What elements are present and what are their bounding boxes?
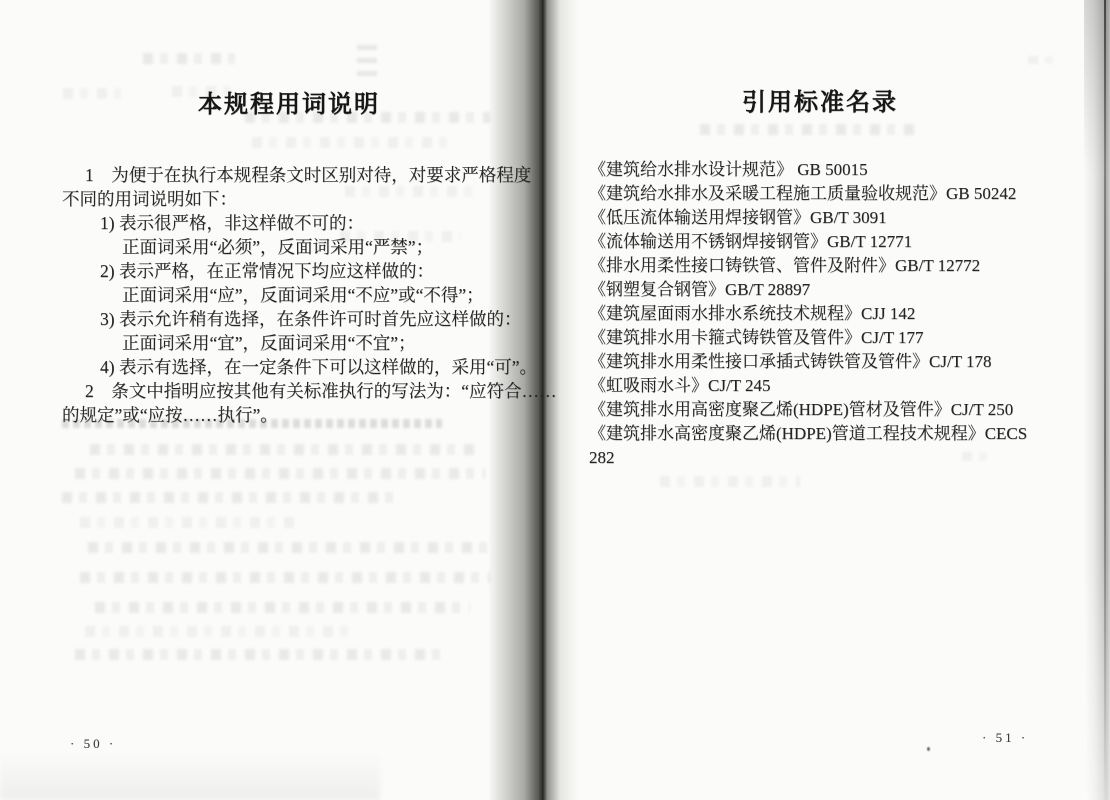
standard-entry: 《建筑排水用卡箍式铸铁管及管件》CJ/T 177 bbox=[589, 326, 1069, 350]
bleedthrough-mark bbox=[80, 572, 490, 583]
standard-entry: 《建筑给水排水设计规范》 GB 50015 bbox=[589, 158, 1069, 182]
bleedthrough-mark bbox=[62, 492, 402, 503]
bleedthrough-mark bbox=[660, 476, 800, 487]
standard-entry: 《虹吸雨水斗》CJ/T 245 bbox=[589, 374, 1069, 398]
body-line: 的规定”或“应按……执行”。 bbox=[62, 403, 512, 427]
standard-entry: 《建筑给水排水及采暖工程施工质量验收规范》GB 50242 bbox=[589, 182, 1069, 206]
standard-entry: 《建筑排水用柔性接口承插式铸铁管及管件》CJ/T 178 bbox=[589, 350, 1069, 374]
bleedthrough-mark bbox=[85, 626, 350, 637]
body-line: 2) 表示严格，在正常情况下均应这样做的： bbox=[62, 259, 550, 283]
page-number-left: · 50 · bbox=[70, 736, 116, 752]
bleedthrough-mark bbox=[95, 602, 470, 613]
bleedthrough-mark bbox=[700, 124, 915, 135]
standard-entry: 《建筑屋面雨水排水系统技术规程》CJJ 142 bbox=[589, 302, 1069, 326]
body-line: 1) 表示很严格，非这样做不可的： bbox=[62, 211, 550, 235]
bleedthrough-mark bbox=[88, 542, 488, 553]
standard-entry: 《低压流体输送用焊接钢管》GB/T 3091 bbox=[589, 206, 1069, 230]
body-line: 4) 表示有选择，在一定条件下可以这样做的，采用“可”。 bbox=[62, 355, 550, 379]
body-line: 3) 表示允许稍有选择，在条件许可时首先应这样做的： bbox=[62, 307, 550, 331]
corner-shading bbox=[0, 752, 380, 800]
body-line: 1 为便于在执行本规程条文时区别对待，对要求严格程度 bbox=[62, 163, 535, 187]
bleedthrough-mark bbox=[90, 444, 480, 455]
bleedthrough-mark bbox=[357, 45, 377, 77]
body-line: 不同的用词说明如下： bbox=[62, 187, 512, 211]
page-edge-vignette bbox=[1084, 0, 1110, 800]
body-line: 正面词采用“应”，反面词采用“不应”或“不得”； bbox=[62, 283, 572, 307]
book-scan: 本规程用词说明 1 为便于在执行本规程条文时区别对待，对要求严格程度 不同的用词… bbox=[0, 0, 1110, 800]
body-line: 正面词采用“必须”，反面词采用“严禁”； bbox=[62, 235, 572, 259]
standard-entry: 《建筑排水用高密度聚乙烯(HDPE)管材及管件》CJ/T 250 bbox=[589, 398, 1069, 422]
bleedthrough-mark bbox=[63, 88, 121, 99]
right-page-title: 引用标准名录 bbox=[742, 82, 898, 117]
left-page-title: 本规程用词说明 bbox=[198, 84, 380, 119]
standard-entry: 《钢塑复合钢管》GB/T 28897 bbox=[589, 278, 1069, 302]
bleedthrough-mark bbox=[1028, 56, 1058, 64]
standard-entry: 《流体输送用不锈钢焊接钢管》GB/T 12771 bbox=[589, 230, 1069, 254]
scan-speck bbox=[927, 747, 930, 751]
standard-entry-continuation: 282 bbox=[589, 446, 1069, 470]
standard-entry: 《排水用柔性接口铸铁管、管件及附件》GB/T 12772 bbox=[589, 254, 1069, 278]
bleedthrough-mark bbox=[75, 649, 440, 660]
standard-entry: 《建筑排水高密度聚乙烯(HDPE)管道工程技术规程》CECS bbox=[589, 422, 1069, 446]
body-line: 正面词采用“宜”，反面词采用“不宜”； bbox=[62, 331, 572, 355]
bleedthrough-mark bbox=[75, 468, 485, 479]
bleedthrough-mark bbox=[80, 517, 300, 528]
body-line: 2 条文中指明应按其他有关标准执行的写法为：“应符合…… bbox=[62, 379, 535, 403]
page-number-right: · 51 · bbox=[982, 730, 1028, 746]
bleedthrough-mark bbox=[252, 137, 452, 148]
bleedthrough-mark bbox=[143, 53, 235, 64]
page-edge-line bbox=[1104, 0, 1106, 800]
